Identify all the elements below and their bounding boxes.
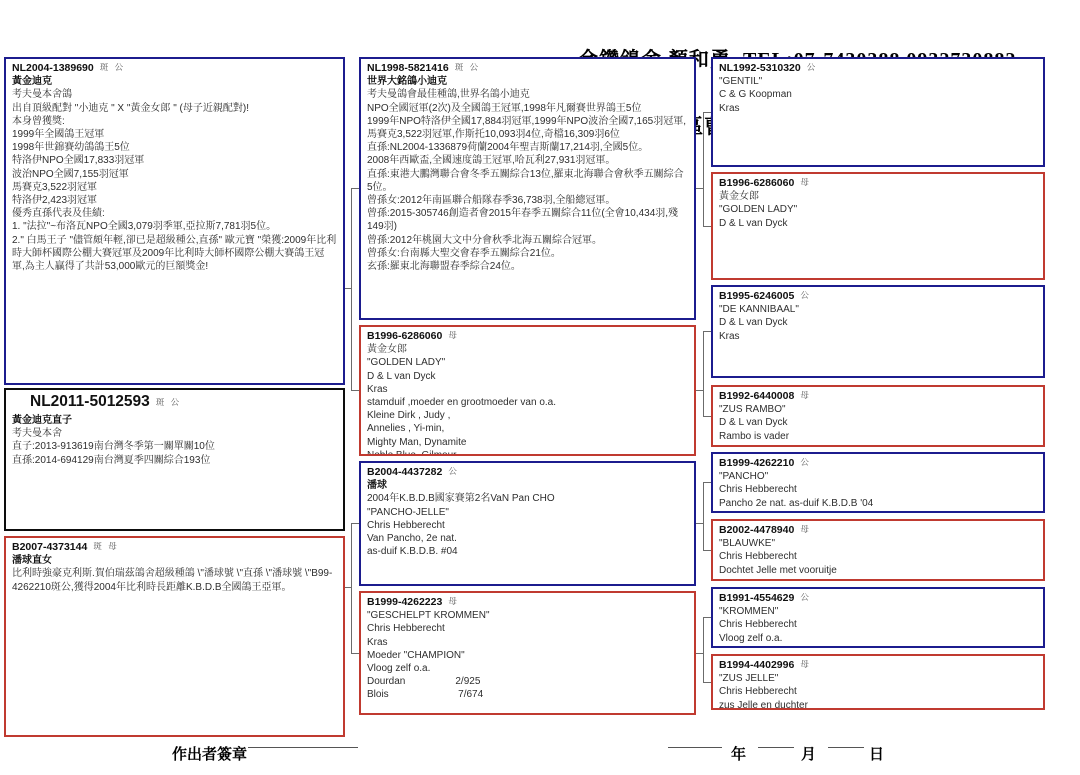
- ring-number: B1999-4262210: [719, 457, 794, 469]
- pedigree-box-grandsire: NL1998-5821416斑 公 世界大銘鴿小迪克 考夫曼鴿會最佳種鴿,世界名…: [359, 57, 696, 320]
- ring-line: B2007-4373144斑 母: [12, 540, 337, 554]
- text-line: 特洛伊NPO全國17,833羽冠軍: [12, 154, 337, 167]
- pigeon-title: 黃金迪克直子: [12, 414, 337, 427]
- pigeon-details: 黃金女郎"GOLDEN LADY"D & L van Dyck: [719, 190, 1037, 230]
- text-line: 曾孫:2015-305746創造者會2015年春季五關綜合11位(全會10,43…: [367, 207, 688, 233]
- text-line: "DE KANNIBAAL": [719, 303, 1037, 316]
- connector-line: [696, 188, 703, 189]
- text-line: Dourdan 2/925: [367, 675, 688, 688]
- pigeon-details: "ZUS RAMBO"D & L van DyckRambo is vader: [719, 403, 1037, 443]
- pedigree-box-ggparent: B1991-4554629公 "KROMMEN"Chris Hebberecht…: [711, 587, 1045, 648]
- text-line: 黃金女郎: [719, 190, 1037, 203]
- pigeon-details: 考夫曼鴿會最佳種鴿,世界名鴿小迪克NPO全國冠軍(2次)及全國鴿王冠軍,1998…: [367, 88, 688, 273]
- pigeon-details: 黃金女郎"GOLDEN LADY"D & L van DyckKrasstamd…: [367, 343, 688, 456]
- text-line: "KROMMEN": [719, 605, 1037, 618]
- pigeon-title: 世界大銘鴿小迪克: [367, 75, 688, 88]
- sex-color-tag: 公: [800, 457, 811, 467]
- text-line: 優秀直孫代表及佳績:: [12, 207, 337, 220]
- ring-line: B2002-4478940母: [719, 523, 1037, 537]
- connector-line: [696, 653, 703, 654]
- text-line: Dochtet Jelle met vooruitje: [719, 564, 1037, 577]
- ring-line: NL2011-5012593斑 公: [12, 392, 337, 414]
- text-line: Van Pancho, 2e nat.: [367, 532, 688, 545]
- month-label: 月: [801, 743, 816, 764]
- text-line: "PANCHO": [719, 470, 1037, 483]
- sex-color-tag: 斑 公: [455, 62, 480, 72]
- text-line: 比利時強豪克利斯.賀伯瑞茲鴿舍超級種鴿 \"潘球號 \"直孫 \"潘球號 \"B…: [12, 567, 337, 593]
- ring-line: B1999-4262210公: [719, 456, 1037, 470]
- text-line: Vloog zelf o.a.: [367, 662, 688, 675]
- text-line: C & G Koopman: [719, 88, 1037, 101]
- text-line: 2004年K.B.D.B國家賽第2名VaN Pan CHO: [367, 492, 688, 505]
- pigeon-details: 2004年K.B.D.B國家賽第2名VaN Pan CHO"PANCHO-JEL…: [367, 492, 688, 558]
- ring-line: NL1992-5310320公: [719, 61, 1037, 75]
- ring-line: B1994-4402996母: [719, 658, 1037, 672]
- pedigree-box-ggparent: B1995-6246005公 "DE KANNIBAAL"D & L van D…: [711, 285, 1045, 378]
- date-blank-month: [758, 747, 794, 748]
- text-line: 直子:2013-913619南台灣冬季第一關單關10位: [12, 440, 337, 453]
- text-line: Chris Hebberecht: [367, 622, 688, 635]
- connector-line: [703, 416, 711, 417]
- day-label: 日: [869, 743, 884, 764]
- pedigree-box-ggparent: B1999-4262210公 "PANCHO"Chris HebberechtP…: [711, 452, 1045, 513]
- text-line: Blois 7/674: [367, 688, 688, 701]
- connector-line: [703, 112, 711, 113]
- connector-line: [696, 523, 703, 524]
- text-line: 黃金女郎: [367, 343, 688, 356]
- text-line: 特洛伊2,423羽冠軍: [12, 194, 337, 207]
- ring-number: NL1998-5821416: [367, 62, 449, 74]
- text-line: 2." 白馬王子 "儘管頗年輕,卻已是超級種公,直孫" 歐元寶 "榮獲:2009…: [12, 234, 337, 274]
- pigeon-details: "GENTIL"C & G KoopmanKras: [719, 75, 1037, 115]
- pigeon-details: 比利時強豪克利斯.賀伯瑞茲鴿舍超級種鴿 \"潘球號 \"直孫 \"潘球號 \"B…: [12, 567, 337, 593]
- ring-number: NL2011-5012593: [30, 393, 150, 410]
- text-line: D & L van Dyck: [367, 370, 688, 383]
- ring-line: NL1998-5821416斑 公: [367, 61, 688, 75]
- text-line: Chris Hebberecht: [367, 519, 688, 532]
- text-line: "GOLDEN LADY": [367, 356, 688, 369]
- connector-line: [703, 617, 711, 618]
- text-line: as-duif K.B.D.B. #04: [367, 545, 688, 558]
- connector-line: [351, 523, 352, 653]
- ring-number: B1992-6440008: [719, 390, 794, 402]
- pigeon-details: 考夫曼本舍鴿出自頂級配對 "小迪克 " X "黃金女郎 " (母子近親配對)!本…: [12, 88, 337, 273]
- sex-color-tag: 公: [448, 466, 459, 476]
- connector-line: [703, 482, 704, 550]
- text-line: Chris Hebberecht: [719, 483, 1037, 496]
- sex-color-tag: 斑 公: [100, 62, 125, 72]
- text-line: Noble Blue, Gilmour: [367, 449, 688, 456]
- text-line: 本身曾獲獎:: [12, 115, 337, 128]
- text-line: Chris Hebberecht: [719, 618, 1037, 631]
- ring-line: B2004-4437282公: [367, 465, 688, 479]
- text-line: Kleine Dirk , Judy ,: [367, 409, 688, 422]
- sex-color-tag: 母: [448, 330, 459, 340]
- date-blank-year: [668, 747, 722, 748]
- ring-line: B1992-6440008母: [719, 389, 1037, 403]
- sex-color-tag: 斑 公: [156, 397, 181, 407]
- ring-number: NL1992-5310320: [719, 62, 801, 74]
- text-line: D & L van Dyck: [719, 316, 1037, 329]
- text-line: "BLAUWKE": [719, 537, 1037, 550]
- text-line: Rambo is vader: [719, 430, 1037, 443]
- pigeon-details: "BLAUWKE"Chris HebberechtDochtet Jelle m…: [719, 537, 1037, 577]
- text-line: Chris Hebberecht: [719, 685, 1037, 698]
- text-line: zus Jelle en duchter: [719, 699, 1037, 710]
- ring-line: B1996-6286060母: [367, 329, 688, 343]
- pigeon-details: "GESCHELPT KROMMEN"Chris HebberechtKrasM…: [367, 609, 688, 701]
- text-line: D & L van Dyck: [719, 416, 1037, 429]
- text-line: 1998年世錦賽幼鴿鴿王5位: [12, 141, 337, 154]
- text-line: "PANCHO-JELLE": [367, 506, 688, 519]
- connector-line: [351, 390, 359, 391]
- text-line: 出自頂級配對 "小迪克 " X "黃金女郎 " (母子近親配對)!: [12, 102, 337, 115]
- connector-line: [703, 550, 711, 551]
- text-line: D & L van Dyck: [719, 217, 1037, 230]
- connector-line: [703, 331, 704, 416]
- text-line: stamduif ,moeder en grootmoeder van o.a.: [367, 396, 688, 409]
- connector-line: [703, 226, 711, 227]
- connector-line: [351, 523, 359, 524]
- text-line: 考夫曼鴿會最佳種鴿,世界名鴿小迪克: [367, 88, 688, 101]
- sex-color-tag: 公: [807, 62, 818, 72]
- date-blank-day: [828, 747, 864, 748]
- text-line: Pancho 2e nat. as-duif K.B.D.B '04: [719, 497, 1037, 510]
- text-line: 曾孫女:台南縣大聖交會春季五關綜合21位。: [367, 247, 688, 260]
- text-line: Kras: [367, 636, 688, 649]
- sex-color-tag: 公: [800, 592, 811, 602]
- pigeon-details: 考夫曼本舍直子:2013-913619南台灣冬季第一關單關10位直孫:2014-…: [12, 427, 337, 467]
- text-line: Mighty Man, Dynamite: [367, 436, 688, 449]
- text-line: 曾孫:2012年桃園大文中分會秋季北海五關綜合冠軍。: [367, 234, 688, 247]
- ring-number: B1996-6286060: [719, 177, 794, 189]
- ring-line: B1995-6246005公: [719, 289, 1037, 303]
- text-line: "GESCHELPT KROMMEN": [367, 609, 688, 622]
- pedigree-box-granddam: B1999-4262223母 "GESCHELPT KROMMEN"Chris …: [359, 591, 696, 715]
- sex-color-tag: 母: [800, 177, 811, 187]
- ring-line: B1999-4262223母: [367, 595, 688, 609]
- text-line: 馬賽克3,522羽冠軍: [12, 181, 337, 194]
- connector-line: [703, 617, 704, 682]
- pigeon-title: 潘球: [367, 479, 688, 492]
- pedigree-box-granddam: B1996-6286060母 黃金女郎"GOLDEN LADY"D & L va…: [359, 325, 696, 456]
- ring-line: NL2004-1389690斑 公: [12, 61, 337, 75]
- text-line: 1999年NPO特洛伊全國17,884羽冠軍,1999年NPO波治全國7,165…: [367, 115, 688, 141]
- text-line: 直孫:東港大鵬灣聯合會冬季五關綜合13位,羅東北海聯合會秋季五關綜合5位。: [367, 168, 688, 194]
- ring-number: B1994-4402996: [719, 659, 794, 671]
- pedigree-box-sire: NL2004-1389690斑 公 黃金迪克 考夫曼本舍鴿出自頂級配對 "小迪克…: [4, 57, 345, 385]
- ring-number: B2007-4373144: [12, 541, 87, 553]
- text-line: 1. "法拉"~布洛瓦NPO全國3,079羽季軍,亞拉斯7,781羽5位。: [12, 220, 337, 233]
- text-line: 考夫曼本舍鴿: [12, 88, 337, 101]
- text-line: Kras: [719, 330, 1037, 343]
- pigeon-title: 潘球直女: [12, 554, 337, 567]
- sex-color-tag: 斑 母: [93, 541, 118, 551]
- sex-color-tag: 母: [448, 596, 459, 606]
- pedigree-box-ggparent: B1992-6440008母 "ZUS RAMBO"D & L van Dyck…: [711, 385, 1045, 447]
- ring-number: NL2004-1389690: [12, 62, 94, 74]
- text-line: Annelies , Yi-min,: [367, 422, 688, 435]
- sex-color-tag: 母: [800, 524, 811, 534]
- ring-number: B1996-6286060: [367, 330, 442, 342]
- connector-line: [351, 188, 359, 189]
- connector-line: [703, 482, 711, 483]
- year-label: 年: [731, 743, 746, 764]
- text-line: 波治NPO全國7,155羽冠軍: [12, 168, 337, 181]
- text-line: 直孫:NL2004-1336879荷蘭2004年聖吉斯蘭17,214羽,全國5位…: [367, 141, 688, 154]
- text-line: 曾孫女:2012年南區聯合船隊春季36,738羽,全船總冠軍。: [367, 194, 688, 207]
- pigeon-details: "PANCHO"Chris HebberechtPancho 2e nat. a…: [719, 470, 1037, 510]
- sex-color-tag: 母: [800, 659, 811, 669]
- signature-label: 作出者簽章: [172, 743, 247, 764]
- ring-number: B1995-6246005: [719, 290, 794, 302]
- pedigree-box-ggparent: B1994-4402996母 "ZUS JELLE"Chris Hebberec…: [711, 654, 1045, 710]
- ring-number: B1991-4554629: [719, 592, 794, 604]
- pedigree-box-ggparent: B1996-6286060母 黃金女郎"GOLDEN LADY"D & L va…: [711, 172, 1045, 280]
- text-line: "GOLDEN LADY": [719, 203, 1037, 216]
- connector-line: [703, 682, 711, 683]
- ring-line: B1996-6286060母: [719, 176, 1037, 190]
- pedigree-page: 金鑽鴿舍 顏和勇 TEL:07-7430388 0932730882 高雄市鳳山…: [0, 0, 1080, 775]
- ring-number: B1999-4262223: [367, 596, 442, 608]
- ring-number: B2004-4437282: [367, 466, 442, 478]
- pedigree-box-ggparent: NL1992-5310320公 "GENTIL"C & G KoopmanKra…: [711, 57, 1045, 167]
- connector-line: [696, 390, 703, 391]
- pigeon-title: 黃金迪克: [12, 75, 337, 88]
- pigeon-details: "KROMMEN"Chris HebberechtVloog zelf o.a.: [719, 605, 1037, 645]
- signature-line: [248, 747, 358, 748]
- text-line: Chris Hebberecht: [719, 550, 1037, 563]
- text-line: "ZUS JELLE": [719, 672, 1037, 685]
- pedigree-box-dam: B2007-4373144斑 母 潘球直女 比利時強豪克利斯.賀伯瑞茲鴿舍超級種…: [4, 536, 345, 737]
- text-line: 1999年全國鴿王冠軍: [12, 128, 337, 141]
- connector-line: [351, 188, 352, 390]
- connector-line: [351, 653, 359, 654]
- pedigree-box-grandsire: B2004-4437282公 潘球 2004年K.B.D.B國家賽第2名VaN …: [359, 461, 696, 586]
- pedigree-box-ggparent: B2002-4478940母 "BLAUWKE"Chris Hebberecht…: [711, 519, 1045, 581]
- sex-color-tag: 公: [800, 290, 811, 300]
- text-line: 2008年西歐盃,全國速度鴿王冠軍,哈瓦利27,931羽冠軍。: [367, 154, 688, 167]
- text-line: 考夫曼本舍: [12, 427, 337, 440]
- text-line: NPO全國冠軍(2次)及全國鴿王冠軍,1998年凡爾賽世界鴿王5位: [367, 102, 688, 115]
- text-line: Vloog zelf o.a.: [719, 632, 1037, 645]
- pigeon-details: "ZUS JELLE"Chris Hebberechtzus Jelle en …: [719, 672, 1037, 710]
- sex-color-tag: 母: [800, 390, 811, 400]
- text-line: Moeder "CHAMPION": [367, 649, 688, 662]
- text-line: "GENTIL": [719, 75, 1037, 88]
- ring-line: B1991-4554629公: [719, 591, 1037, 605]
- ring-number: B2002-4478940: [719, 524, 794, 536]
- text-line: Kras: [367, 383, 688, 396]
- text-line: 玄孫:羅東北海聯盟春季綜合24位。: [367, 260, 688, 273]
- pedigree-box-subject: NL2011-5012593斑 公 黃金迪克直子 考夫曼本舍直子:2013-91…: [4, 388, 345, 531]
- connector-line: [703, 112, 704, 226]
- text-line: Kras: [719, 102, 1037, 115]
- connector-line: [703, 331, 711, 332]
- text-line: 直孫:2014-694129南台灣夏季四關綜合193位: [12, 454, 337, 467]
- text-line: "ZUS RAMBO": [719, 403, 1037, 416]
- pigeon-details: "DE KANNIBAAL"D & L van DyckKras: [719, 303, 1037, 343]
